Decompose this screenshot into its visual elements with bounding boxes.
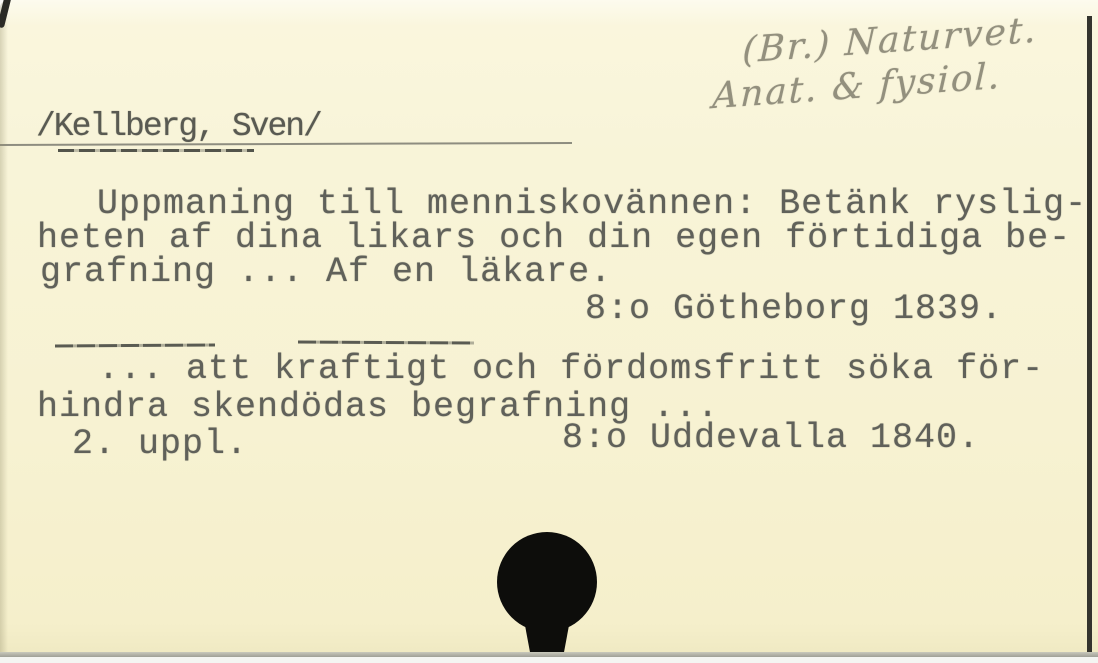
scan-margin-bottom: [0, 657, 1098, 663]
entry1-title-line-1: Uppmaning till menniskovännen: Betänk ry…: [97, 187, 1087, 222]
catalog-card: (Br.) Naturvet. Anat. & fysiol. /Kellber…: [0, 0, 1098, 656]
entry1-title-line-3: grafning ... Af en läkare.: [40, 255, 612, 290]
author-name-underline: [58, 149, 254, 152]
entry2-imprint: 8:o Uddevalla 1840.: [562, 421, 980, 456]
entry2-title-line-1: ... att kraftigt och fördomsfritt söka f…: [98, 352, 1044, 387]
entry1-imprint: 8:o Götheborg 1839.: [585, 292, 1003, 327]
ditto-dash-2: [298, 341, 474, 345]
author-heading: /Kellberg, Sven/: [36, 109, 321, 144]
scan-background: (Br.) Naturvet. Anat. & fysiol. /Kellber…: [0, 0, 1098, 663]
punch-hole-icon: [490, 528, 605, 663]
card-right-edge-shadow: [1087, 16, 1092, 654]
entry2-edition: 2. uppl.: [72, 427, 248, 462]
ditto-dash-1: [55, 343, 215, 347]
entry1-title-line-2: heten af dina likars och din egen förtid…: [37, 221, 1071, 256]
